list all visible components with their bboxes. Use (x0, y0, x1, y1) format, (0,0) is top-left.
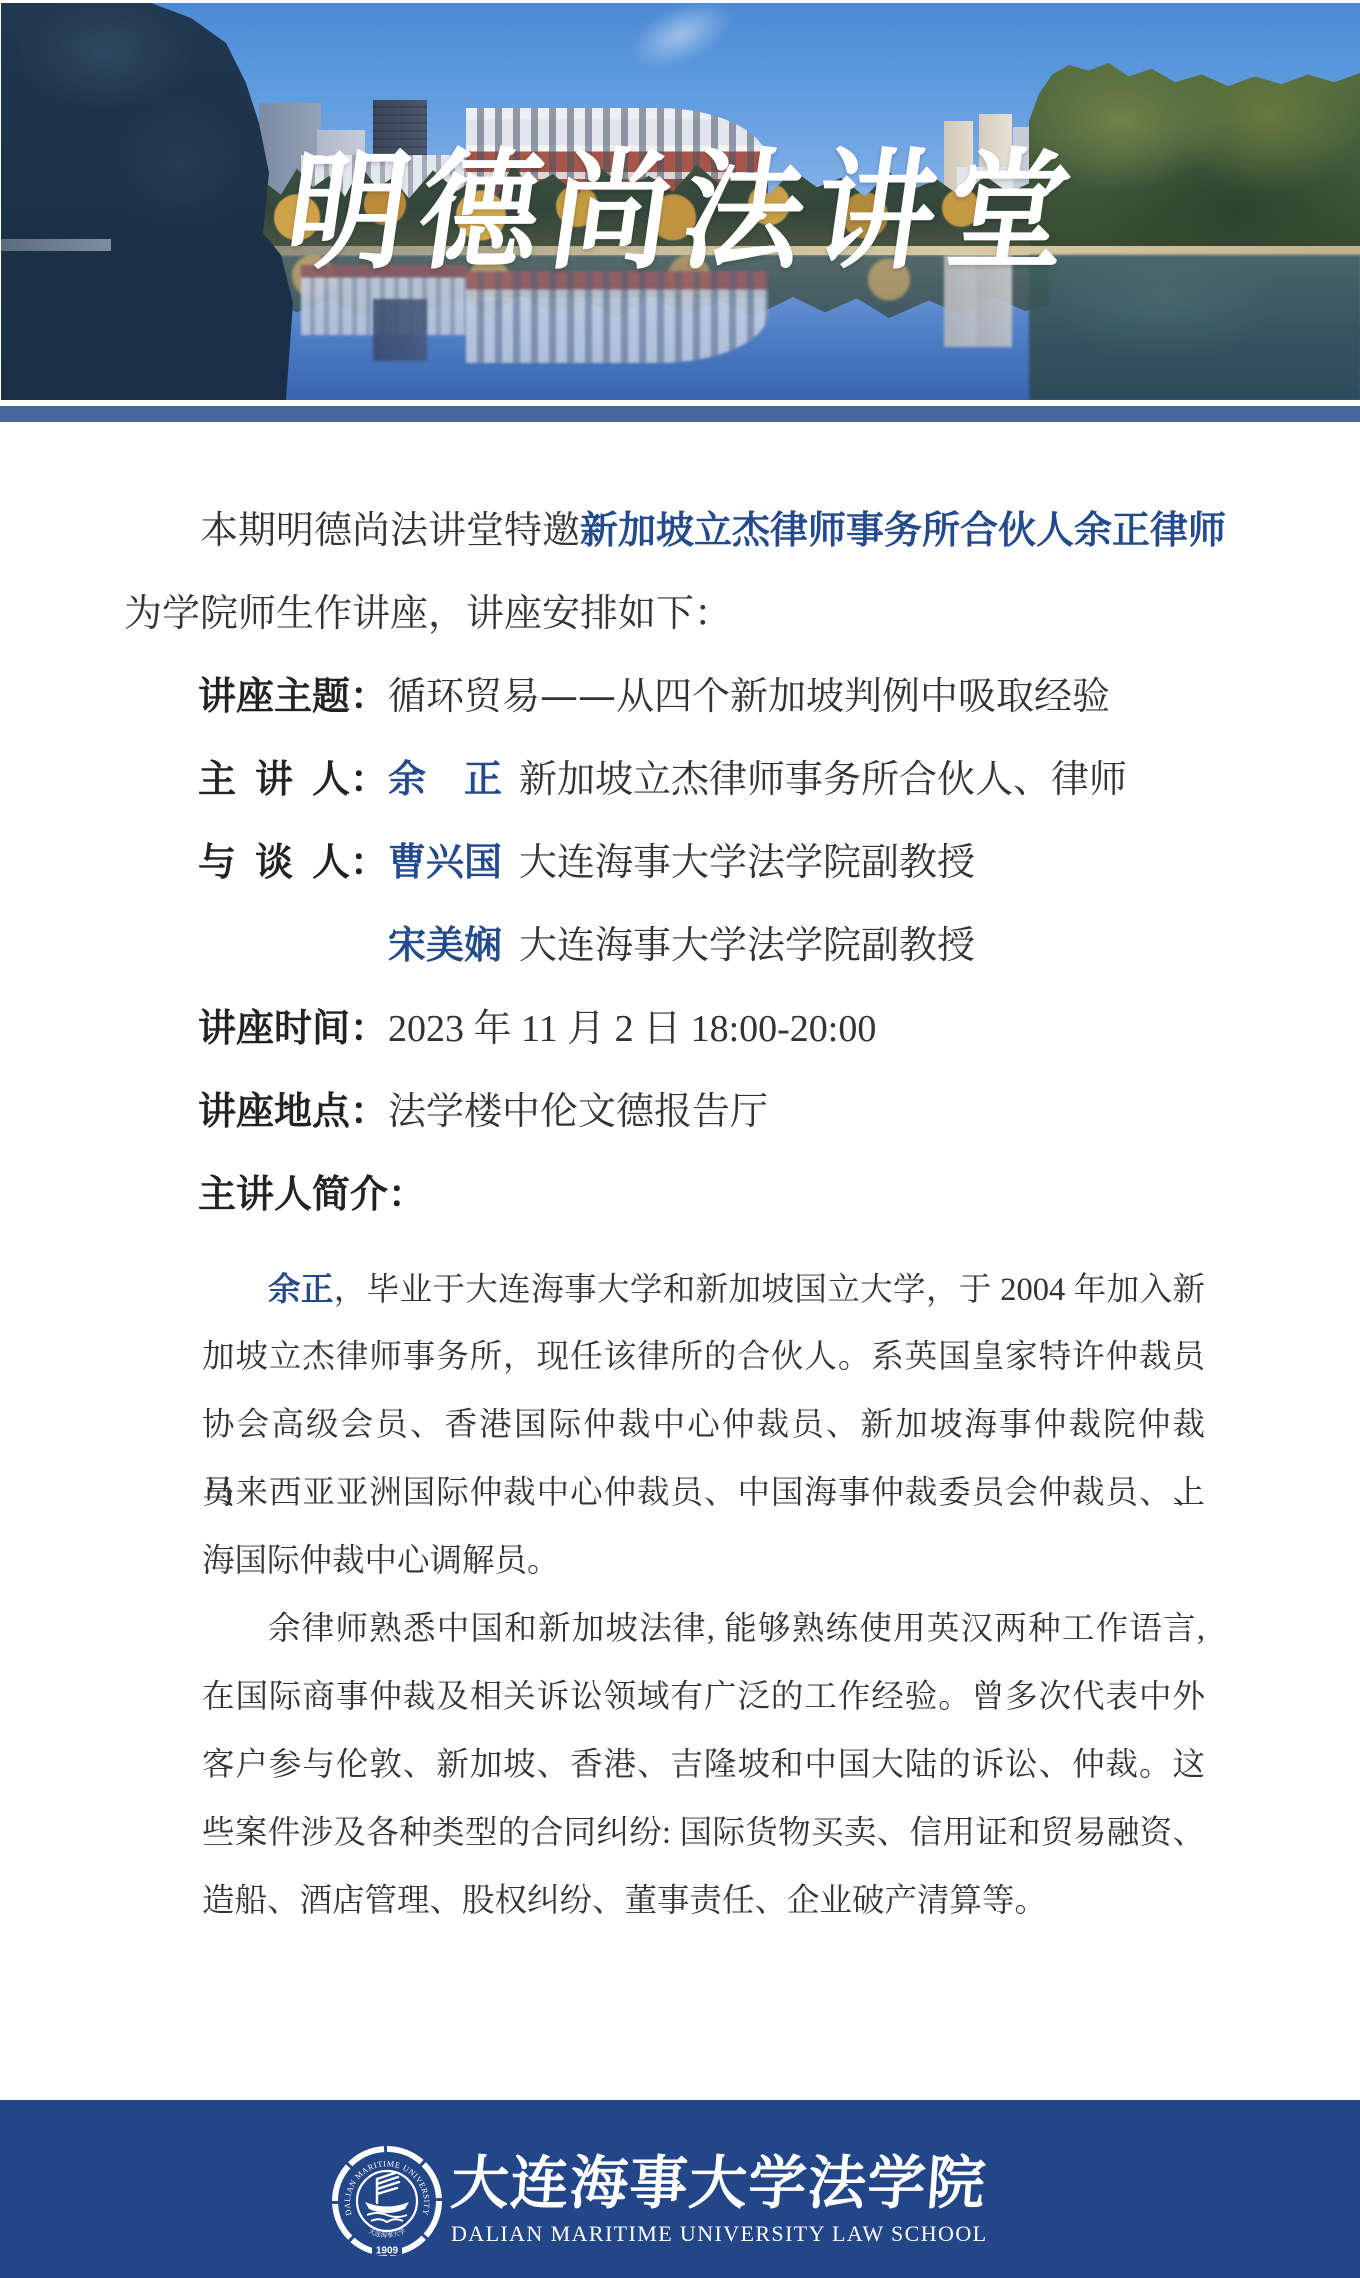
discussant-name: 曹兴国 (388, 840, 502, 884)
intro-line: 本期明德尚法讲堂特邀新加坡立杰律师事务所合伙人余正律师 (124, 489, 1244, 572)
schedule-topic-row: 讲座主题：循环贸易——从四个新加坡判例中吸取经验 (124, 655, 1244, 738)
discussant-name: 宋美娴 (388, 923, 502, 967)
banner-photo: 明德尚法讲堂 (1, 3, 1360, 400)
time-value: 2023 年 11 月 2 日 18:00-20:00 (388, 1008, 876, 1050)
bio-line: 余律师熟悉中国和新加坡法律, 能够熟练使用英汉两种工作语言, (202, 1595, 1205, 1663)
emblem-year: 1909 (376, 2246, 399, 2257)
tree-left (1, 3, 301, 400)
speaker-title: 新加坡立杰律师事务所合伙人、律师 (519, 757, 1127, 801)
speaker-label: 主 讲 人 (198, 738, 350, 821)
bio-line: 些案件涉及各种类型的合同纠纷: 国际货物买卖、信用证和贸易融资、 (202, 1799, 1205, 1867)
bio-line: 客户参与伦敦、新加坡、香港、吉隆坡和中国大陆的诉讼、仲裁。这 (202, 1731, 1205, 1799)
discussant-title: 大连海事大学法学院副教授 (519, 923, 975, 967)
label-colon: ： (350, 1070, 388, 1153)
bio-line: 造船、酒店管理、股权纠纷、董事责任、企业破产清算等。 (202, 1867, 1205, 1935)
schedule-discussant-row: 与 谈 人：曹兴国大连海事大学法学院副教授 (124, 821, 1244, 904)
sky-cloud (620, 3, 743, 83)
schedule-discussant-row: 宋美娴大连海事大学法学院副教授 (124, 904, 1244, 987)
article-body: 本期明德尚法讲堂特邀新加坡立杰律师事务所合伙人余正律师 为学院师生作讲座，讲座安… (124, 489, 1244, 1236)
bio-line: 加坡立杰律师事务所，现任该律所的合伙人。系英国皇家特许仲裁员 (202, 1323, 1205, 1391)
bio-name-highlight: 余正 (268, 1270, 334, 1308)
speaker-bio: 余正，毕业于大连海事大学和新加坡国立大学，于 2004 年加入新 加坡立杰律师事… (202, 1255, 1205, 1935)
bio-text: ，毕业于大连海事大学和新加坡国立大学，于 2004 年加入新 (334, 1272, 1205, 1308)
bio-line: 海国际仲裁中心调解员。 (202, 1527, 1205, 1595)
footer: DALIAN MARITIME UNIVERSITY 大连海事大学 1909 大… (0, 2100, 1360, 2278)
university-emblem-icon: DALIAN MARITIME UNIVERSITY 大连海事大学 1909 (331, 2145, 443, 2257)
speaker-name: 余 正 (388, 757, 502, 801)
label-colon: ： (350, 655, 388, 738)
bio-heading: 主讲人简介： (124, 1153, 1244, 1236)
intro-lead: 本期明德尚法讲堂特邀 (200, 508, 580, 552)
label-colon: ： (350, 821, 388, 904)
topic-value: 循环贸易——从四个新加坡判例中吸取经验 (388, 674, 1110, 718)
bio-line: 马来西亚亚洲国际仲裁中心仲裁员、中国海事仲裁委员会仲裁员、上 (202, 1459, 1205, 1527)
discussant-title: 大连海事大学法学院副教授 (519, 840, 975, 884)
label-colon: ： (350, 738, 388, 821)
discussant-label: 与 谈 人 (198, 821, 350, 904)
bio-line: 余正，毕业于大连海事大学和新加坡国立大学，于 2004 年加入新 (202, 1255, 1205, 1323)
label-colon: ： (350, 987, 388, 1070)
topic-label: 讲座主题 (198, 655, 350, 738)
lake-embankment-left (1, 239, 111, 251)
schedule-speaker-row: 主 讲 人：余 正新加坡立杰律师事务所合伙人、律师 (124, 738, 1244, 821)
banner-title: 明德尚法讲堂 (279, 148, 1089, 278)
school-name-zh: 大连海事大学法学院 (449, 2152, 989, 2214)
location-label: 讲座地点 (198, 1070, 350, 1153)
bio-line: 协会高级会员、香港国际仲裁中心仲裁员、新加坡海事仲裁院仲裁员、 (202, 1391, 1205, 1459)
location-value: 法学楼中伦文德报告厅 (388, 1089, 768, 1133)
school-name-en: DALIAN MARITIME UNIVERSITY LAW SCHOOL (451, 2222, 987, 2246)
schedule-location-row: 讲座地点：法学楼中伦文德报告厅 (124, 1070, 1244, 1153)
intro-continuation: 为学院师生作讲座，讲座安排如下： (124, 572, 1244, 655)
bio-line: 在国际商事仲裁及相关诉讼领域有广泛的工作经验。曾多次代表中外 (202, 1663, 1205, 1731)
time-label: 讲座时间 (198, 987, 350, 1070)
header-divider-band (0, 406, 1360, 422)
schedule-time-row: 讲座时间：2023 年 11 月 2 日 18:00-20:00 (124, 987, 1244, 1070)
guest-highlight: 新加坡立杰律师事务所合伙人余正律师 (580, 508, 1226, 552)
